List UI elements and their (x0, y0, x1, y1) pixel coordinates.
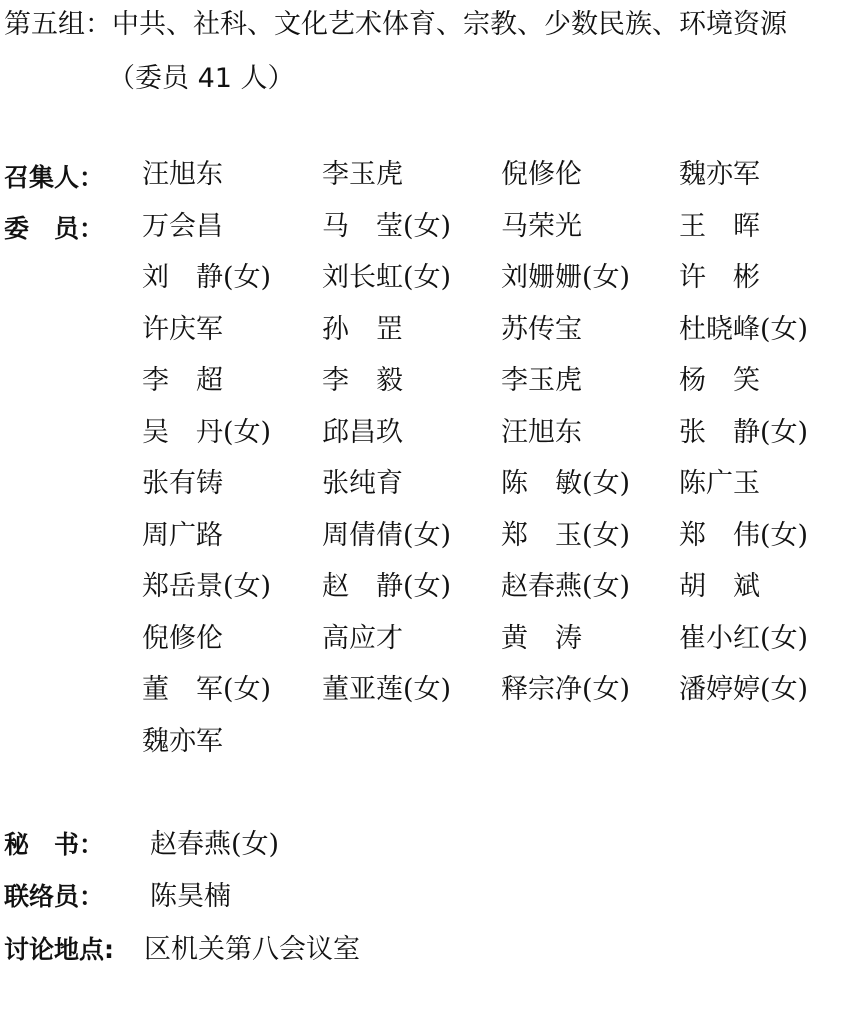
convenor-name: 魏亦军 (679, 158, 760, 192)
member-name: 张有铸 (142, 467, 223, 501)
member-name: 李 超 (142, 364, 223, 398)
name-grid: 汪旭东 李玉虎 倪修伦 魏亦军 万会昌 马 莹(女) 马荣光 王 晖 刘 静(女… (142, 158, 857, 776)
member-name: 万会昌 (142, 210, 223, 244)
convenor-name: 汪旭东 (142, 158, 223, 192)
member-name: 杨 笑 (679, 364, 760, 398)
venue-value: 区机关第八会议室 (144, 933, 360, 967)
members-row: 周广路 周倩倩(女) 郑 玉(女) 郑 伟(女) (142, 519, 857, 571)
member-name: 杜晓峰(女) (679, 313, 808, 347)
member-name: 魏亦军 (142, 725, 223, 759)
member-name: 赵春燕(女) (501, 570, 630, 604)
member-name: 潘婷婷(女) (679, 673, 808, 707)
members-label: 委 员： (4, 212, 104, 246)
members-row: 倪修伦 高应才 黄 涛 崔小红(女) (142, 622, 857, 674)
member-name: 李玉虎 (501, 364, 582, 398)
member-name: 倪修伦 (142, 622, 223, 656)
members-row: 张有铸 张纯育 陈 敏(女) 陈广玉 (142, 467, 857, 519)
member-name: 董 军(女) (142, 673, 271, 707)
secretary-label: 秘 书： (4, 828, 104, 862)
members-row: 魏亦军 (142, 725, 857, 777)
members-row: 吴 丹(女) 邱昌玖 汪旭东 张 静(女) (142, 416, 857, 468)
member-name: 胡 斌 (679, 570, 760, 604)
liaison-name: 陈昊楠 (150, 880, 231, 914)
members-row: 许庆军 孙 罡 苏传宝 杜晓峰(女) (142, 313, 857, 365)
member-name: 郑 伟(女) (679, 519, 808, 553)
members-row: 李 超 李 毅 李玉虎 杨 笑 (142, 364, 857, 416)
member-name: 张纯育 (322, 467, 403, 501)
member-name: 高应才 (322, 622, 403, 656)
member-name: 释宗净(女) (501, 673, 630, 707)
member-name: 陈 敏(女) (501, 467, 630, 501)
member-name: 吴 丹(女) (142, 416, 271, 450)
member-name: 王 晖 (679, 210, 760, 244)
member-name: 李 毅 (322, 364, 403, 398)
member-name: 陈广玉 (679, 467, 760, 501)
member-name: 郑 玉(女) (501, 519, 630, 553)
member-name: 许庆军 (142, 313, 223, 347)
member-name: 郑岳景(女) (142, 570, 271, 604)
members-row: 刘 静(女) 刘长虹(女) 刘姗姗(女) 许 彬 (142, 261, 857, 313)
member-name: 许 彬 (679, 261, 760, 295)
secretary-name: 赵春燕(女) (150, 828, 279, 862)
liaison-label: 联络员： (4, 880, 104, 914)
member-name: 董亚莲(女) (322, 673, 451, 707)
convenor-name: 李玉虎 (322, 158, 403, 192)
member-name: 马 莹(女) (322, 210, 451, 244)
convenors-label: 召集人： (4, 161, 104, 195)
member-name: 周倩倩(女) (322, 519, 451, 553)
member-name: 刘姗姗(女) (501, 261, 630, 295)
member-name: 刘 静(女) (142, 261, 271, 295)
convenor-name: 倪修伦 (501, 158, 582, 192)
member-name: 张 静(女) (679, 416, 808, 450)
member-name: 周广路 (142, 519, 223, 553)
member-name: 苏传宝 (501, 313, 582, 347)
member-name: 汪旭东 (501, 416, 582, 450)
member-name: 马荣光 (501, 210, 582, 244)
members-row: 郑岳景(女) 赵 静(女) 赵春燕(女) 胡 斌 (142, 570, 857, 622)
member-name: 刘长虹(女) (322, 261, 451, 295)
members-row: 万会昌 马 莹(女) 马荣光 王 晖 (142, 210, 857, 262)
group-title: 第五组：中共、社科、文化艺术体育、宗教、少数民族、环境资源 (4, 8, 787, 42)
member-name: 孙 罡 (322, 313, 403, 347)
members-row: 董 军(女) 董亚莲(女) 释宗净(女) 潘婷婷(女) (142, 673, 857, 725)
member-name: 邱昌玖 (322, 416, 403, 450)
member-name: 崔小红(女) (679, 622, 808, 656)
venue-label: 讨论地点: (4, 933, 114, 967)
convenors-row: 汪旭东 李玉虎 倪修伦 魏亦军 (142, 158, 857, 210)
member-count: （委员 41 人） (108, 62, 295, 96)
member-name: 赵 静(女) (322, 570, 451, 604)
member-name: 黄 涛 (501, 622, 582, 656)
